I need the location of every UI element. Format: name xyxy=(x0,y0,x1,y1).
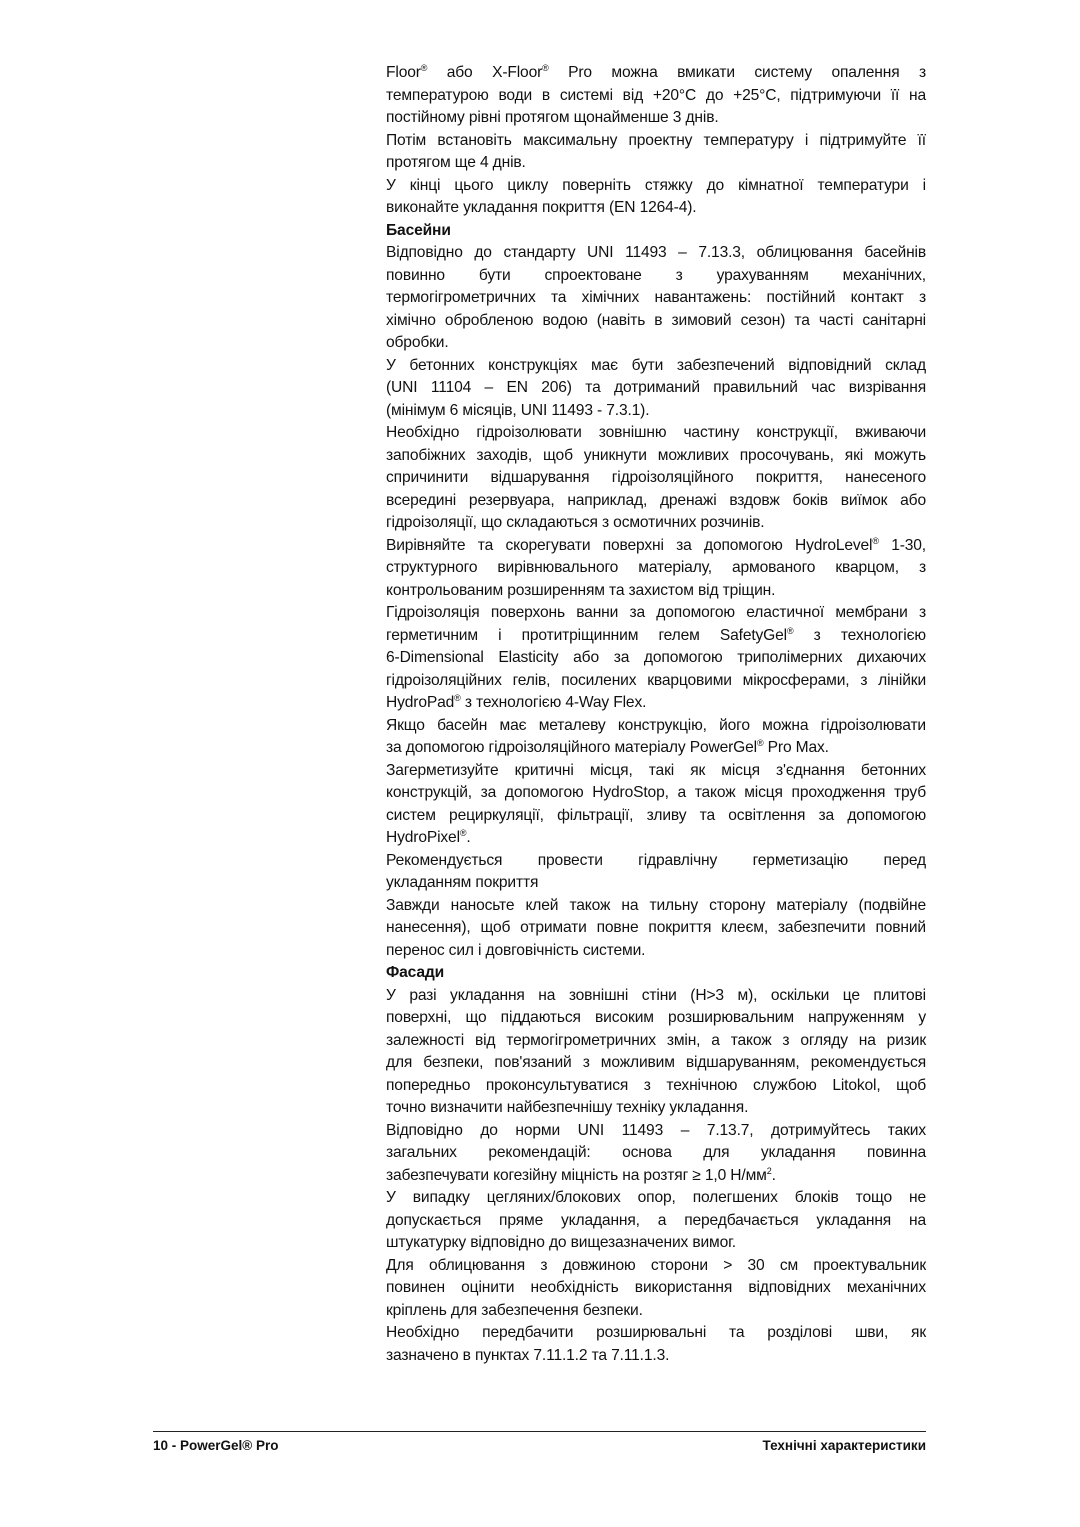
text-line: загальних рекомендацій: основа для уклад… xyxy=(386,1142,926,1165)
text-line: штукатурку відповідно до вищезазначених … xyxy=(386,1232,926,1255)
paragraph: Рекомендується провести гідравлічну герм… xyxy=(386,850,926,895)
text-line: спричинити відшарування гідроізоляційног… xyxy=(386,467,926,490)
text-line: для безпеки, пов'язаний з можливим відша… xyxy=(386,1052,926,1075)
text-line: поверхні, що піддаються високим розширюв… xyxy=(386,1007,926,1030)
text-line: хімічно обробленою водою (навіть в зимов… xyxy=(386,310,926,333)
text-line: Загерметизуйте критичні місця, такі як м… xyxy=(386,760,926,783)
text-line: постійному рівні протягом щонайменше 3 д… xyxy=(386,107,926,130)
text-line: забезпечувати когезійну міцність на розт… xyxy=(386,1165,926,1188)
text-line: контрольованим розширенням та захистом в… xyxy=(386,580,926,603)
text-line: Вирівняйте та скорегувати поверхні за до… xyxy=(386,535,926,558)
text-line: У разі укладання на зовнішні стіни (H>3 … xyxy=(386,985,926,1008)
text-line: (мінімум 6 місяців, UNI 11493 - 7.3.1). xyxy=(386,400,926,423)
paragraph: Для облицювання з довжиною сторони > 30 … xyxy=(386,1255,926,1323)
text-line: температурою води в системі від +20°C до… xyxy=(386,85,926,108)
paragraph: У бетонних конструкціях має бути забезпе… xyxy=(386,355,926,423)
paragraph: Завжди наносьте клей також на тильну сто… xyxy=(386,895,926,963)
paragraph: Необхідно передбачити розширювальні та р… xyxy=(386,1322,926,1367)
text-line: 6-Dimensional Elasticity або за допомого… xyxy=(386,647,926,670)
text-line: У бетонних конструкціях має бути забезпе… xyxy=(386,355,926,378)
paragraph: Загерметизуйте критичні місця, такі як м… xyxy=(386,760,926,850)
text-line: нанесення), щоб отримати повне покриття … xyxy=(386,917,926,940)
text-line: Завжди наносьте клей також на тильну сто… xyxy=(386,895,926,918)
text-line: У випадку цегляних/блокових опор, полегш… xyxy=(386,1187,926,1210)
text-line: конструкцій, за допомогою HydroStop, а т… xyxy=(386,782,926,805)
text-line: укладанням покриття xyxy=(386,872,926,895)
text-line: Відповідно до стандарту UNI 11493 – 7.13… xyxy=(386,242,926,265)
text-line: Відповідно до норми UNI 11493 – 7.13.7, … xyxy=(386,1120,926,1143)
text-line: систем рециркуляції, фільтрації, зливу т… xyxy=(386,805,926,828)
paragraph: Необхідно гідроізолювати зовнішню частин… xyxy=(386,422,926,535)
text-line: структурного вирівнювального матеріалу, … xyxy=(386,557,926,580)
body-text-column: Floor® або X-Floor® Pro можна вмикати си… xyxy=(386,62,926,1367)
text-line: обробки. xyxy=(386,332,926,355)
text-line: запобіжних заходів, щоб уникнути можливи… xyxy=(386,445,926,468)
paragraph: Якщо басейн має металеву конструкцію, йо… xyxy=(386,715,926,760)
text-line: виконайте укладання покриття (EN 1264-4)… xyxy=(386,197,926,220)
text-line: Гідроізоляція поверхонь ванни за допомог… xyxy=(386,602,926,625)
text-line: перенос сил і довговічність системи. xyxy=(386,940,926,963)
text-line: Рекомендується провести гідравлічну герм… xyxy=(386,850,926,873)
text-line: термогігрометричних та хімічних навантаж… xyxy=(386,287,926,310)
paragraph: У кінці цього циклу поверніть стяжку до … xyxy=(386,175,926,220)
text-line: залежності від термогігрометричних змін,… xyxy=(386,1030,926,1053)
text-line: точно визначити найбезпечнішу техніку ук… xyxy=(386,1097,926,1120)
text-line: Потім встановіть максимальну проектну те… xyxy=(386,130,926,153)
text-line: гідроізоляційних гелів, посилених кварцо… xyxy=(386,670,926,693)
text-line: повинен оцінити необхідність використанн… xyxy=(386,1277,926,1300)
paragraph: Відповідно до норми UNI 11493 – 7.13.7, … xyxy=(386,1120,926,1188)
paragraph: Потім встановіть максимальну проектну те… xyxy=(386,130,926,175)
text-line: HydroPixel®. xyxy=(386,827,926,850)
text-line: герметичним і протитріщинним гелем Safet… xyxy=(386,625,926,648)
paragraph: Floor® або X-Floor® Pro можна вмикати си… xyxy=(386,62,926,130)
paragraph: Вирівняйте та скорегувати поверхні за до… xyxy=(386,535,926,603)
footer-section-title: Технічні характеристики xyxy=(763,1438,926,1453)
text-line: Необхідно гідроізолювати зовнішню частин… xyxy=(386,422,926,445)
text-line: Необхідно передбачити розширювальні та р… xyxy=(386,1322,926,1345)
section-heading: Фасади xyxy=(386,962,926,985)
text-line: повинно бути спроектоване з урахуванням … xyxy=(386,265,926,288)
text-line: зазначено в пунктах 7.11.1.2 та 7.11.1.3… xyxy=(386,1345,926,1368)
footer-page-label: 10 - PowerGel® Pro xyxy=(153,1438,279,1453)
text-line: за допомогою гідроізоляційного матеріалу… xyxy=(386,737,926,760)
text-line: всередині резервуара, наприклад, дренажі… xyxy=(386,490,926,513)
paragraph: У разі укладання на зовнішні стіни (H>3 … xyxy=(386,985,926,1120)
text-line: Якщо басейн має металеву конструкцію, йо… xyxy=(386,715,926,738)
text-line: Для облицювання з довжиною сторони > 30 … xyxy=(386,1255,926,1278)
text-line: кріплень для забезпечення безпеки. xyxy=(386,1300,926,1323)
text-line: HydroPad® з технологією 4-Way Flex. xyxy=(386,692,926,715)
text-line: протягом ще 4 днів. xyxy=(386,152,926,175)
paragraph: Гідроізоляція поверхонь ванни за допомог… xyxy=(386,602,926,715)
section-heading: Басейни xyxy=(386,220,926,243)
text-line: У кінці цього циклу поверніть стяжку до … xyxy=(386,175,926,198)
text-line: Floor® або X-Floor® Pro можна вмикати си… xyxy=(386,62,926,85)
text-line: гідроізоляції, що складаються з осмотичн… xyxy=(386,512,926,535)
paragraph: У випадку цегляних/блокових опор, полегш… xyxy=(386,1187,926,1255)
text-line: допускається пряме укладання, а передбач… xyxy=(386,1210,926,1233)
footer-divider xyxy=(153,1431,926,1432)
text-line: попередньо проконсультуватися з технічно… xyxy=(386,1075,926,1098)
paragraph: Відповідно до стандарту UNI 11493 – 7.13… xyxy=(386,242,926,355)
text-line: (UNI 11104 – EN 206) та дотриманий прави… xyxy=(386,377,926,400)
